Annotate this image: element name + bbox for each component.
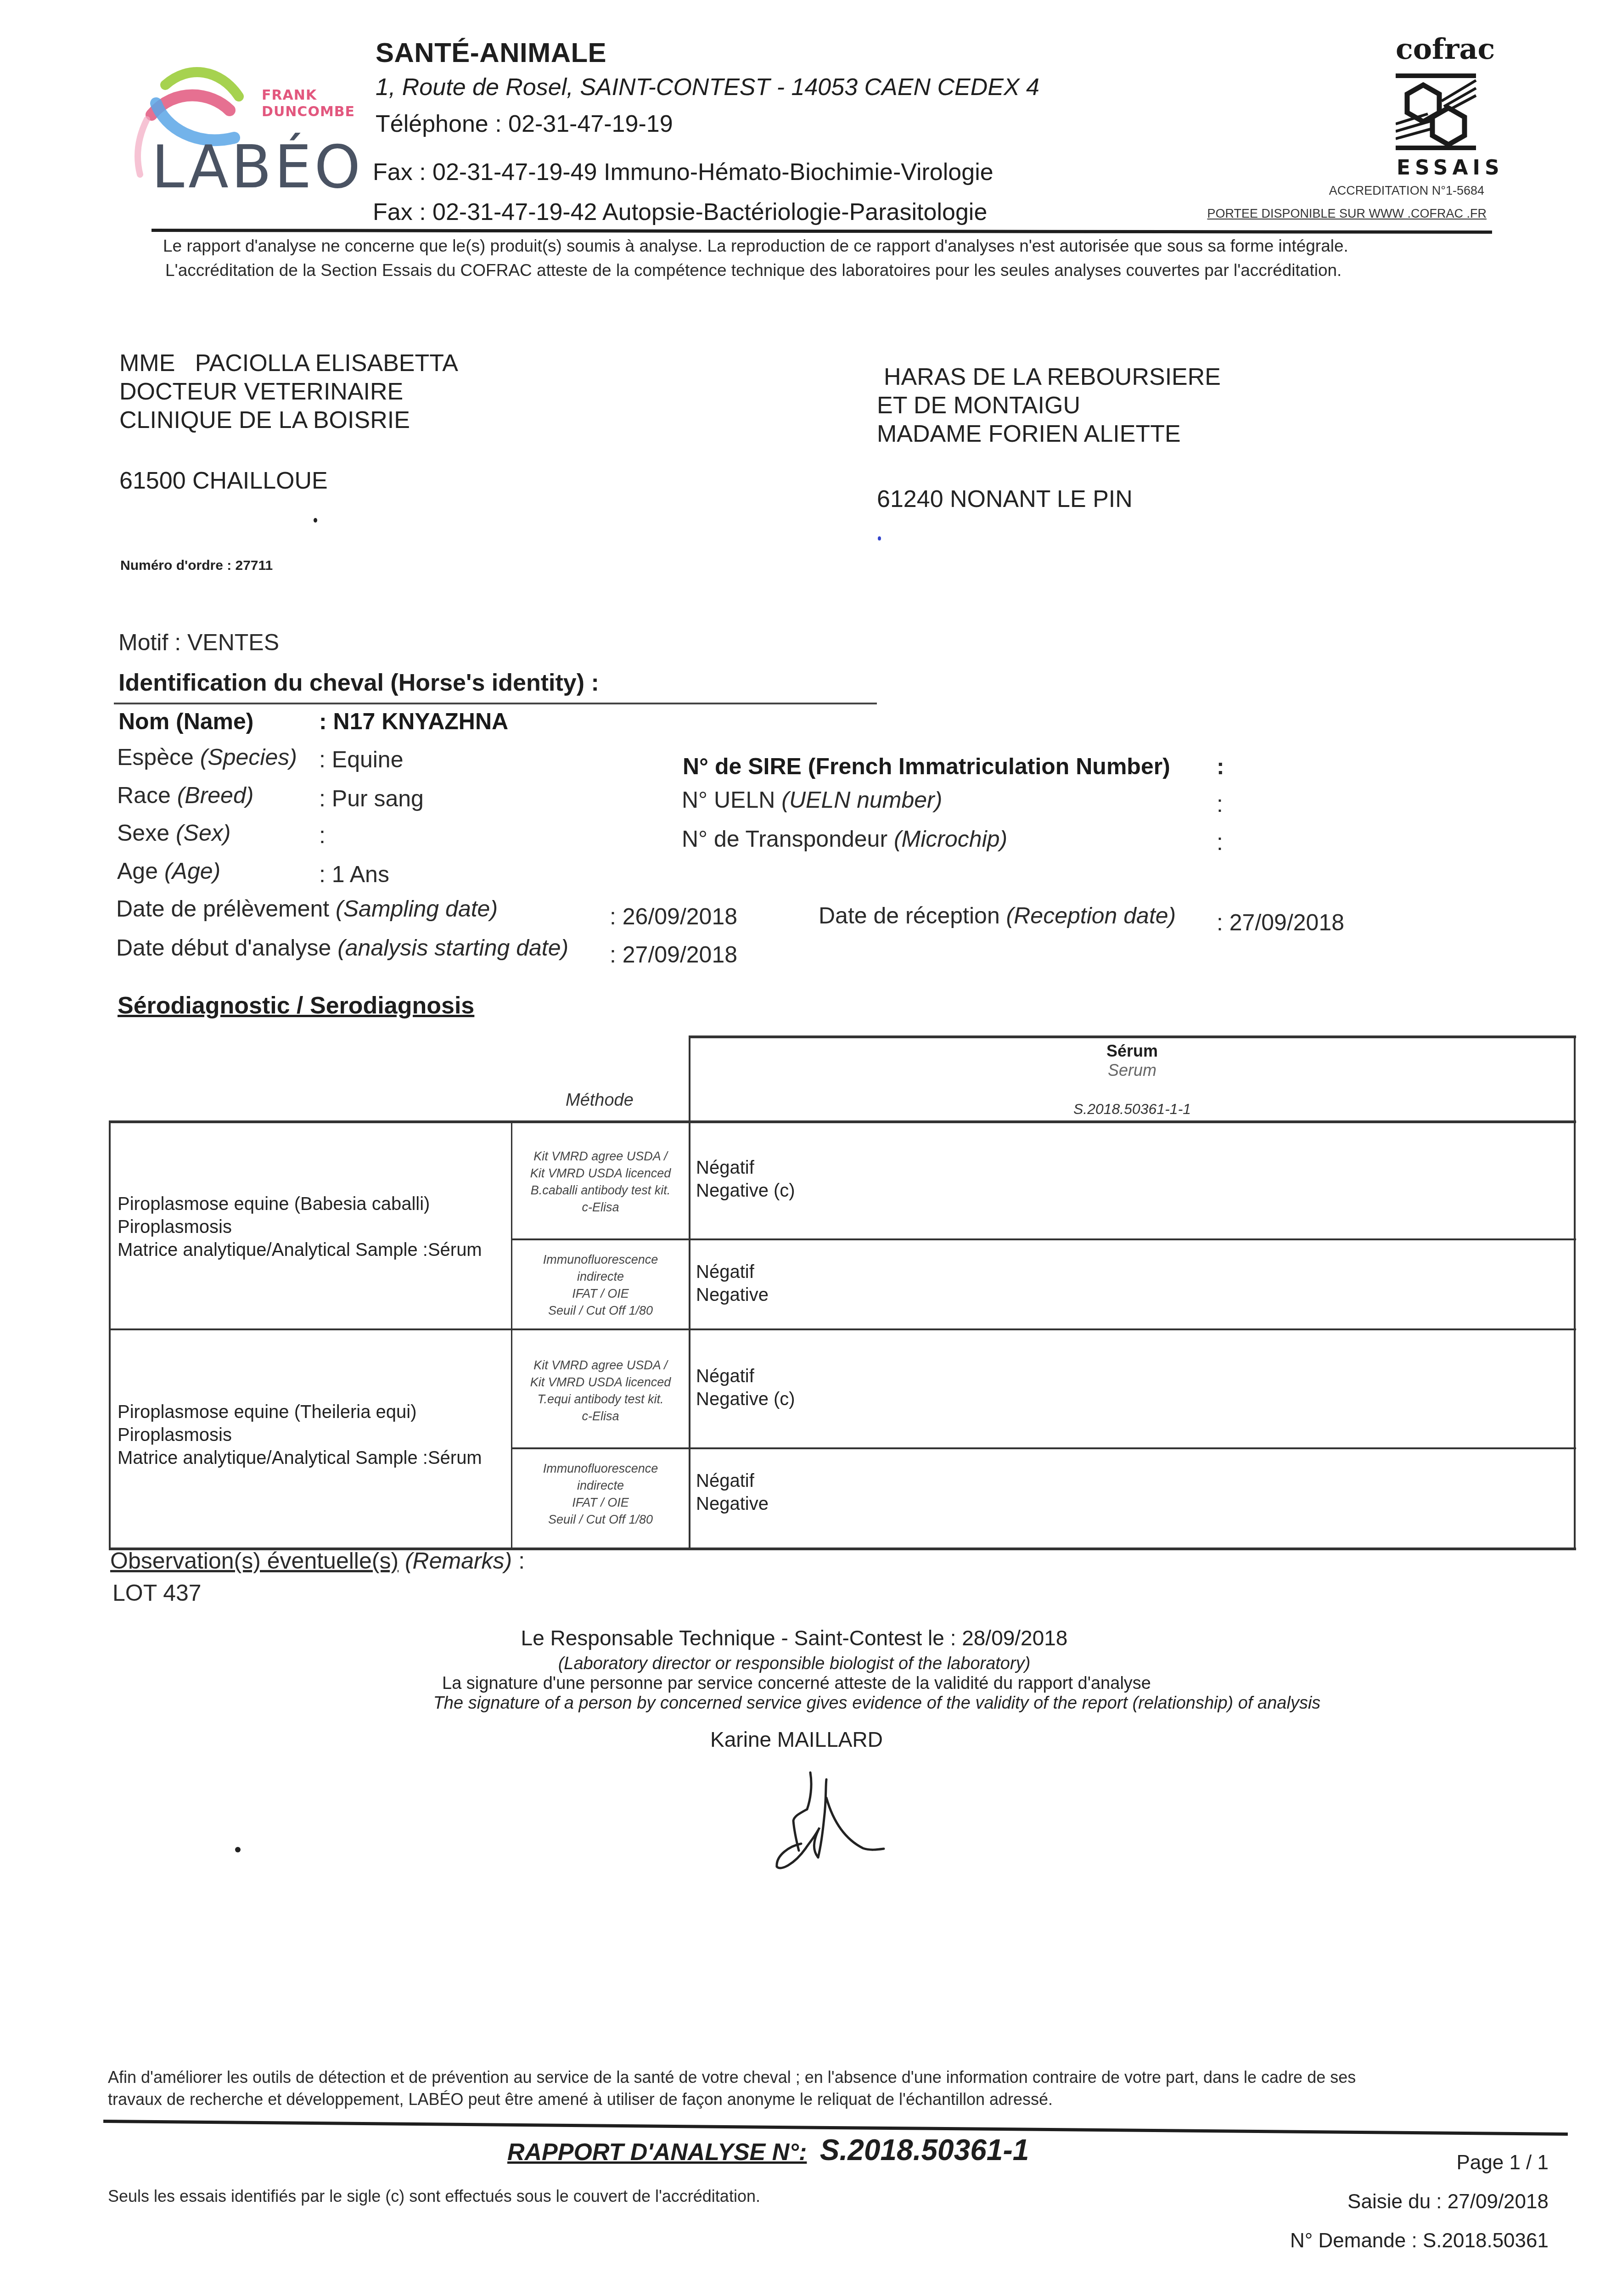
- department-title: SANTÉ-ANIMALE: [376, 37, 606, 68]
- scan-speck: [235, 1847, 241, 1852]
- entry-date: Saisie du : 27/09/2018: [1347, 2190, 1549, 2213]
- table-row: Piroplasmose equine (Theileria equi) Pir…: [118, 1401, 482, 1469]
- identification-title: Identification du cheval (Horse's identi…: [118, 669, 599, 697]
- footer-note-line-2: travaux de recherche et développement, L…: [108, 2088, 1356, 2110]
- result-cell: Négatif Negative: [696, 1261, 769, 1306]
- result-cell: Négatif Negative (c): [696, 1365, 795, 1411]
- analysis-name: Piroplasmose equine (Babesia caballi): [118, 1193, 482, 1216]
- report-label: RAPPORT D'ANALYSE N°:: [507, 2139, 807, 2166]
- analysis-start-value: : 27/09/2018: [610, 941, 737, 968]
- age-value: : 1 Ans: [319, 861, 389, 888]
- recipient-left-title: DOCTEUR VETERINAIRE: [119, 377, 458, 406]
- header-divider: [152, 229, 1492, 234]
- age-label: Age (Age): [117, 858, 220, 884]
- lab-phone: Téléphone : 02-31-47-19-19: [376, 110, 673, 138]
- analysis-matrix: Matrice analytique/Analytical Sample :Sé…: [118, 1446, 482, 1469]
- table-header-top-line: [689, 1035, 1576, 1038]
- sample-type-fr: Sérum: [690, 1041, 1574, 1061]
- species-label: Espèce (Species): [117, 744, 297, 771]
- result-cell: Négatif Negative: [696, 1469, 769, 1515]
- accreditation-number: ACCREDITATION N°1-5684: [1329, 184, 1484, 198]
- lab-address: 1, Route de Rosel, SAINT-CONTEST - 14053…: [376, 73, 1039, 101]
- sampling-date-label: Date de prélèvement (Sampling date): [116, 895, 498, 922]
- disclaimer-line-2: L'accréditation de la Section Essais du …: [165, 261, 1341, 280]
- result-en: Negative: [696, 1492, 769, 1515]
- recipient-left: MME PACIOLLA ELISABETTA DOCTEUR VETERINA…: [119, 349, 458, 495]
- horse-name-value: : N17 KNYAZHNA: [319, 708, 508, 735]
- footer-note: Afin d'améliorer les outils de détection…: [108, 2066, 1356, 2110]
- serodiagnosis-title: Sérodiagnostic / Serodiagnosis: [118, 992, 474, 1019]
- ueln-value: :: [1217, 791, 1223, 817]
- order-number: Numéro d'ordre : 27711: [120, 558, 273, 574]
- signature-block: Le Responsable Technique - Saint-Contest…: [390, 1626, 1400, 1752]
- motif: Motif : VENTES: [118, 629, 279, 656]
- signatory-name: Karine MAILLARD: [193, 1727, 1400, 1752]
- table-left-line: [109, 1120, 111, 1549]
- sample-id: S.2018.50361-1-1: [690, 1101, 1574, 1118]
- analysis-name-en: Piroplasmosis: [118, 1424, 482, 1446]
- request-number: N° Demande : S.2018.50361: [1290, 2229, 1549, 2252]
- cofrac-logo: cofrac ESSAIS: [1386, 32, 1497, 179]
- table-analysis-separator: [109, 1328, 1576, 1330]
- method-cell: Immunofluorescence indirecte IFAT / OIE …: [512, 1251, 689, 1319]
- recipient-left-clinic: CLINIQUE DE LA BOISRIE: [119, 406, 458, 434]
- analysis-matrix: Matrice analytique/Analytical Sample :Sé…: [118, 1238, 482, 1261]
- result-fr: Négatif: [696, 1365, 795, 1388]
- horse-name-label: Nom (Name): [118, 708, 253, 735]
- sire-value: :: [1217, 753, 1224, 780]
- cofrac-hexagon-icon: [1396, 73, 1478, 152]
- remarks-label: Observation(s) éventuelle(s) (Remarks) :: [110, 1548, 525, 1574]
- breed-value: : Pur sang: [319, 785, 424, 812]
- sex-label: Sexe (Sex): [117, 820, 230, 846]
- disclaimer-line-1: Le rapport d'analyse ne concerne que le(…: [163, 236, 1348, 256]
- result-fr: Négatif: [696, 1469, 769, 1492]
- logo-brand: LABÉO: [152, 133, 363, 202]
- recipient-left-city: 61500 CHAILLOUE: [119, 467, 458, 495]
- sample-type-en: Serum: [690, 1061, 1574, 1080]
- method-cell: Kit VMRD agree USDA / Kit VMRD USDA lice…: [512, 1148, 689, 1216]
- recipient-right-haras: HARAS DE LA REBOURSIERE: [877, 363, 1221, 391]
- lab-logo: FRANK DUNCOMBE LABÉO: [124, 60, 363, 197]
- table-row: Piroplasmose equine (Babesia caballi) Pi…: [118, 1193, 482, 1261]
- remarks-value: LOT 437: [112, 1580, 202, 1606]
- result-en: Negative: [696, 1283, 769, 1306]
- report-number-block: RAPPORT D'ANALYSE N°: S.2018.50361-1: [507, 2133, 1029, 2167]
- scan-speck: [878, 536, 881, 540]
- method-column-header: Méthode: [566, 1091, 634, 1110]
- identification-divider: [114, 703, 877, 704]
- result-cell: Négatif Negative (c): [696, 1156, 795, 1202]
- lab-fax-2: Fax : 02-31-47-19-42 Autopsie-Bactériolo…: [373, 198, 987, 226]
- sire-label: N° de SIRE (French Immatriculation Numbe…: [683, 753, 1170, 780]
- recipient-right-contact: MADAME FORIEN ALIETTE: [877, 420, 1221, 448]
- table-body-top-line: [109, 1120, 1576, 1123]
- logo-subbrand: FRANK DUNCOMBE: [262, 87, 355, 120]
- sampling-date-value: : 26/09/2018: [610, 903, 737, 930]
- sample-column-header: Sérum Serum S.2018.50361-1-1: [690, 1041, 1574, 1118]
- recipient-left-name: MME PACIOLLA ELISABETTA: [119, 349, 458, 377]
- handwritten-signature-icon: [767, 1768, 904, 1874]
- cofrac-portee-link[interactable]: PORTEE DISPONIBLE SUR WWW .COFRAC .FR: [1207, 207, 1487, 221]
- report-number: S.2018.50361-1: [820, 2133, 1029, 2167]
- table-right-line: [1574, 1037, 1576, 1549]
- method-cell: Immunofluorescence indirecte IFAT / OIE …: [512, 1460, 689, 1528]
- table-method-separator-2: [511, 1447, 1576, 1449]
- result-en: Negative (c): [696, 1388, 795, 1411]
- signature-responsible: Le Responsable Technique - Saint-Contest…: [188, 1626, 1400, 1650]
- reception-date-value: : 27/09/2018: [1217, 909, 1344, 936]
- result-fr: Négatif: [696, 1261, 769, 1283]
- ueln-label: N° UELN (UELN number): [682, 787, 942, 813]
- signature-role-en: (Laboratory director or responsible biol…: [188, 1654, 1400, 1674]
- accreditation-note: Seuls les essais identifiés par le sigle…: [108, 2187, 760, 2206]
- analysis-name: Piroplasmose equine (Theileria equi): [118, 1401, 482, 1424]
- footer-note-line-1: Afin d'améliorer les outils de détection…: [108, 2066, 1356, 2088]
- sex-value: :: [319, 822, 326, 849]
- transponder-value: :: [1217, 829, 1223, 855]
- method-cell: Kit VMRD agree USDA / Kit VMRD USDA lice…: [512, 1357, 689, 1425]
- transponder-label: N° de Transpondeur (Microchip): [682, 826, 1007, 852]
- scan-speck: [314, 518, 317, 523]
- breed-label: Race (Breed): [117, 782, 253, 809]
- page-indicator: Page 1 / 1: [1456, 2151, 1549, 2174]
- species-value: : Equine: [319, 746, 403, 773]
- lab-fax-1: Fax : 02-31-47-19-49 Immuno-Hémato-Bioch…: [373, 158, 993, 186]
- signature-validity-fr: La signature d'une personne par service …: [193, 1674, 1400, 1694]
- table-method-separator-1: [511, 1238, 1576, 1240]
- result-en: Negative (c): [696, 1179, 795, 1202]
- recipient-right-city: 61240 NONANT LE PIN: [877, 485, 1221, 513]
- signature-validity-en: The signature of a person by concerned s…: [354, 1694, 1400, 1713]
- result-fr: Négatif: [696, 1156, 795, 1179]
- reception-date-label: Date de réception (Reception date): [819, 902, 1176, 929]
- analysis-name-en: Piroplasmosis: [118, 1216, 482, 1238]
- analysis-start-label: Date début d'analyse (analysis starting …: [116, 934, 568, 961]
- recipient-right-haras-2: ET DE MONTAIGU: [877, 391, 1221, 420]
- recipient-right: HARAS DE LA REBOURSIERE ET DE MONTAIGU M…: [877, 363, 1221, 513]
